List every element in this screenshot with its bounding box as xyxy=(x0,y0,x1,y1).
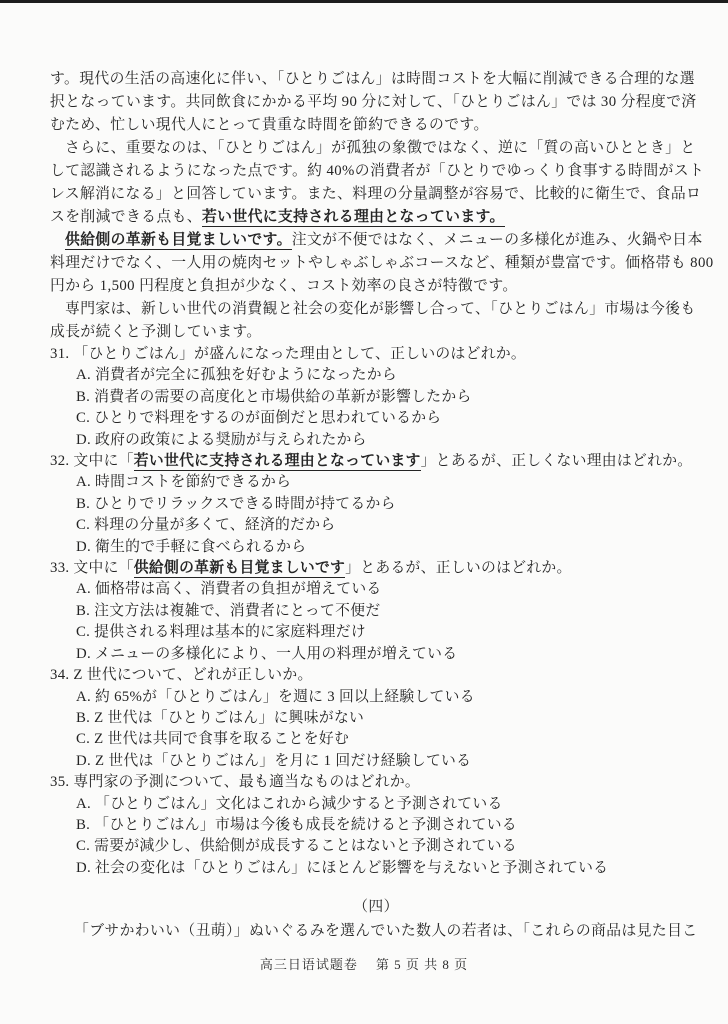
answer-option: C. ひとりで料理をするのが面倒だと思われているから xyxy=(76,408,702,429)
passage-line: さらに、重要なのは、「ひとりごはん」が孤独の象徴ではなく、逆に「質の高いひととき… xyxy=(50,137,702,160)
passage-line: して認識されるようになった点です。約 40%の消費者が「ひとりでゆっくり食事する… xyxy=(50,160,702,183)
answer-option: D. Z 世代は「ひとりごはん」を月に 1 回だけ経験している xyxy=(76,751,702,772)
text-run: 料理だけでなく、一人用の焼肉セットやしゃぶしゃぶコースなど、種類が豊富です。価格… xyxy=(50,255,714,271)
passage-line: スを削減できる点も、若い世代に支持される理由となっています。 xyxy=(50,206,702,229)
text-run: 択となっています。共同飲食にかかる平均 90 分に対して、「ひとりごはん」では … xyxy=(50,94,697,110)
answer-option: C. 提供される料理は基本的に家庭料理だけ xyxy=(76,622,702,643)
page-footer: 高三日语试题卷第 5 页 共 8 页 xyxy=(0,955,728,975)
answer-option: C. 需要が減少し、供給側が成長することはないと予測されている xyxy=(76,836,702,857)
passage-line: レス解消になる」と回答しています。また、料理の分量調整が容易で、比較的に衛生で、… xyxy=(50,183,702,206)
text-run: す。現代の生活の高速化に伴い、「ひとりごはん」は時間コストを大幅に削減できる合理… xyxy=(50,71,695,87)
answer-option: D. メニューの多様化により、一人用の料理が増えている xyxy=(76,644,702,665)
answer-option: B. 消費者の需要の高度化と市場供給の革新が影響したから xyxy=(76,387,702,408)
emphasized-text: 供給側の革新も目覚ましいです。 xyxy=(65,232,292,250)
question-stem: 32. 文中に「若い世代に支持される理由となっています」とあるが、正しくない理由… xyxy=(50,451,702,472)
passage-line: す。現代の生活の高速化に伴い、「ひとりごはん」は時間コストを大幅に削減できる合理… xyxy=(50,68,702,91)
scan-top-edge-artifact xyxy=(0,0,728,3)
question-stem: 33. 文中に「供給側の革新も目覚ましいです」とあるが、正しいのはどれか。 xyxy=(50,558,702,579)
passage-line: 円から 1,500 円程度と負担が少なく、コスト効率の良さが特徴です。 xyxy=(50,275,702,298)
answer-option: A. 約 65%が「ひとりごはん」を週に 3 回以上経験している xyxy=(76,687,702,708)
text-run: 成長が続くと予測しています。 xyxy=(50,324,262,340)
answer-option: B. Z 世代は「ひとりごはん」に興味がない xyxy=(76,708,702,729)
reading-passage: す。現代の生活の高速化に伴い、「ひとりごはん」は時間コストを大幅に削減できる合理… xyxy=(50,68,702,344)
emphasized-text: 供給側の革新も目覚ましいです xyxy=(134,560,345,578)
answer-option: D. 政府の政策による奨励が与えられたから xyxy=(76,430,702,451)
answer-option: A. 価格帯は高く、消費者の負担が増えている xyxy=(76,579,702,600)
question-stem: 35. 専門家の予測について、最も適当なものはどれか。 xyxy=(50,772,702,793)
passage-line: 択となっています。共同飲食にかかる平均 90 分に対して、「ひとりごはん」では … xyxy=(50,91,702,114)
text-run: 」とあるが、正しいのはどれか。 xyxy=(345,560,571,576)
text-run: して認識されるようになった点です。約 40%の消費者が「ひとりでゆっくり食事する… xyxy=(50,163,704,179)
page-content: す。現代の生活の高速化に伴い、「ひとりごはん」は時間コストを大幅に削減できる合理… xyxy=(50,68,702,943)
text-run: 専門家は、新しい世代の消費観と社会の変化が影響し合って、「ひとりごはん」市場は今… xyxy=(65,301,696,317)
answer-option: B. 注文方法は複雑で、消費者にとって不便だ xyxy=(76,601,702,622)
passage-line: 成長が続くと予測しています。 xyxy=(50,321,702,344)
text-run: むため、忙しい現代人にとって貴重な時間を節約できるのです。 xyxy=(50,117,489,133)
text-run: 円から 1,500 円程度と負担が少なく、コスト効率の良さが特徴です。 xyxy=(50,278,518,294)
question-block: 35. 専門家の予測について、最も適当なものはどれか。A. 「ひとりごはん」文化… xyxy=(50,772,702,879)
text-run: 35. 専門家の予測について、最も適当なものはどれか。 xyxy=(50,774,420,790)
footer-page-info: 第 5 页 共 8 页 xyxy=(376,957,468,972)
passage-line: 専門家は、新しい世代の消費観と社会の変化が影響し合って、「ひとりごはん」市場は今… xyxy=(50,298,702,321)
text-run: レス解消になる」と回答しています。また、料理の分量調整が容易で、比較的に衛生で、… xyxy=(50,186,701,202)
text-run: 34. Z 世代について、どれが正しいか。 xyxy=(50,667,313,683)
passage-line: 供給側の革新も目覚ましいです。注文が不便ではなく、メニューの多様化が進み、火鍋や… xyxy=(50,229,702,252)
questions-section: 31. 「ひとりごはん」が盛んになった理由として、正しいのはどれか。A. 消費者… xyxy=(50,344,702,879)
answer-option: A. 消費者が完全に孤独を好むようになったから xyxy=(76,365,702,386)
text-run: 注文が不便ではなく、メニューの多様化が進み、火鍋や日本 xyxy=(292,232,703,248)
text-run: スを削減できる点も、 xyxy=(50,209,202,225)
question-block: 32. 文中に「若い世代に支持される理由となっています」とあるが、正しくない理由… xyxy=(50,451,702,558)
section-four-heading: （四） xyxy=(50,895,702,919)
question-stem: 31. 「ひとりごはん」が盛んになった理由として、正しいのはどれか。 xyxy=(50,344,702,365)
text-run: 32. 文中に「 xyxy=(50,453,134,469)
answer-option: D. 社会の変化は「ひとりごはん」にほとんど影響を与えないと予測されている xyxy=(76,858,702,879)
emphasized-text: 若い世代に支持される理由となっています xyxy=(134,453,421,471)
question-stem: 34. Z 世代について、どれが正しいか。 xyxy=(50,665,702,686)
answer-option: A. 「ひとりごはん」文化はこれから減少すると予測されている xyxy=(76,794,702,815)
text-run: 」とあるが、正しくない理由はどれか。 xyxy=(421,453,693,469)
answer-option: C. 料理の分量が多くて、経済的だから xyxy=(76,515,702,536)
answer-option: C. Z 世代は共同で食事を取ることを好む xyxy=(76,729,702,750)
text-run: 33. 文中に「 xyxy=(50,560,134,576)
question-block: 34. Z 世代について、どれが正しいか。A. 約 65%が「ひとりごはん」を週… xyxy=(50,665,702,772)
question-block: 33. 文中に「供給側の革新も目覚ましいです」とあるが、正しいのはどれか。A. … xyxy=(50,558,702,665)
text-run: 31. 「ひとりごはん」が盛んになった理由として、正しいのはどれか。 xyxy=(50,346,526,362)
answer-option: A. 時間コストを節約できるから xyxy=(76,472,702,493)
question-block: 31. 「ひとりごはん」が盛んになった理由として、正しいのはどれか。A. 消費者… xyxy=(50,344,702,451)
passage-line: むため、忙しい現代人にとって貴重な時間を節約できるのです。 xyxy=(50,114,702,137)
scanned-exam-page: す。現代の生活の高速化に伴い、「ひとりごはん」は時間コストを大幅に削減できる合理… xyxy=(0,0,728,1024)
passage-line: 料理だけでなく、一人用の焼肉セットやしゃぶしゃぶコースなど、種類が豊富です。価格… xyxy=(50,252,702,275)
answer-option: D. 衛生的で手軽に食べられるから xyxy=(76,537,702,558)
section-four-opening-line: 「ブサかわいい（丑萌）」ぬいぐるみを選んでいた数人の若者は、「これらの商品は見た… xyxy=(50,919,702,943)
answer-option: B. ひとりでリラックスできる時間が持てるから xyxy=(76,494,702,515)
footer-exam-title: 高三日语试题卷 xyxy=(260,957,358,972)
text-run: さらに、重要なのは、「ひとりごはん」が孤独の象徴ではなく、逆に「質の高いひととき… xyxy=(65,140,696,156)
answer-option: B. 「ひとりごはん」市場は今後も成長を続けると予測されている xyxy=(76,815,702,836)
emphasized-text: 若い世代に支持される理由となっています。 xyxy=(202,209,505,227)
